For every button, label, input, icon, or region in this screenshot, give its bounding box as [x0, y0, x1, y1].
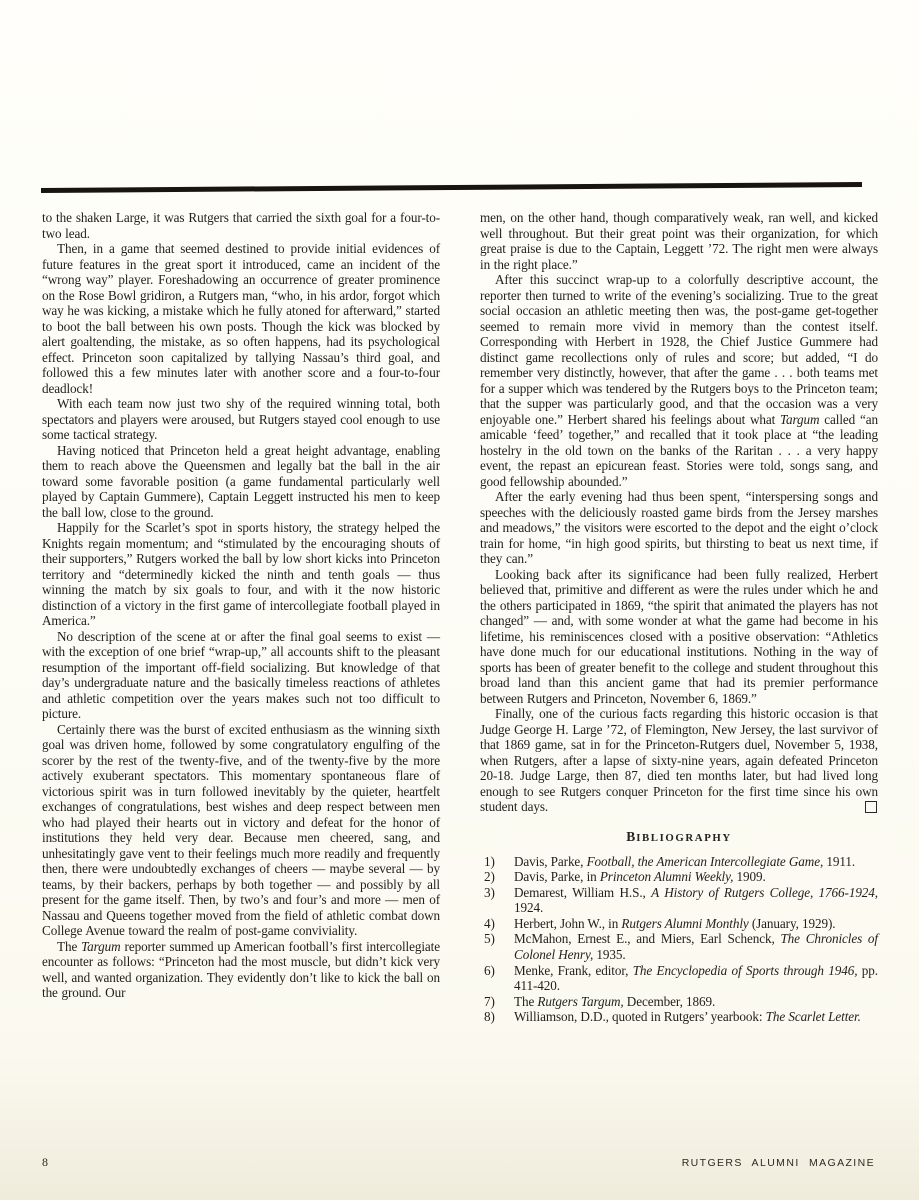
- article-paragraph: With each team now just two shy of the r…: [42, 396, 440, 443]
- bibliography-item-number: 4): [484, 916, 514, 932]
- bibliography-item: 4)Herbert, John W., in Rutgers Alumni Mo…: [484, 916, 878, 932]
- page-footer: 8 RUTGERS ALUMNI MAGAZINE: [42, 1155, 875, 1170]
- bibliography-heading-rest: IBLIOGRAPHY: [636, 832, 732, 844]
- article-paragraph: Certainly there was the burst of excited…: [42, 722, 440, 939]
- article-paragraph: Having noticed that Princeton held a gre…: [42, 443, 440, 521]
- bibliography-item-number: 1): [484, 854, 514, 870]
- bibliography-item: 1)Davis, Parke, Football, the American I…: [484, 854, 878, 870]
- bibliography-heading-initial: B: [626, 829, 636, 844]
- end-of-article-icon: [865, 801, 877, 813]
- bibliography-item: 3)Demarest, William H.S., A History of R…: [484, 885, 878, 916]
- bibliography-heading: BIBLIOGRAPHY: [480, 828, 878, 846]
- top-divider-rule: [41, 182, 862, 193]
- article-paragraph: men, on the other hand, though comparati…: [480, 210, 878, 272]
- bibliography-item-number: 8): [484, 1009, 514, 1025]
- bibliography-item: 7)The Rutgers Targum, December, 1869.: [484, 994, 878, 1010]
- bibliography-item-number: 7): [484, 994, 514, 1010]
- page-number: 8: [42, 1155, 48, 1170]
- magazine-page: to the shaken Large, it was Rutgers that…: [0, 0, 919, 1200]
- article-paragraph: The Targum reporter summed up American f…: [42, 939, 440, 1001]
- bibliography-item: 2)Davis, Parke, in Princeton Alumni Week…: [484, 869, 878, 885]
- bibliography-item-number: 3): [484, 885, 514, 901]
- article-paragraph: Finally, one of the curious facts regard…: [480, 706, 878, 815]
- article-body: to the shaken Large, it was Rutgers that…: [42, 210, 878, 1025]
- article-paragraph: No description of the scene at or after …: [42, 629, 440, 722]
- article-paragraph: to the shaken Large, it was Rutgers that…: [42, 210, 440, 241]
- left-column: to the shaken Large, it was Rutgers that…: [42, 210, 440, 1025]
- bibliography-item: 6)Menke, Frank, editor, The Encyclopedia…: [484, 963, 878, 994]
- bibliography-section: BIBLIOGRAPHY1)Davis, Parke, Football, th…: [480, 828, 878, 1026]
- bibliography-item-number: 5): [484, 931, 514, 947]
- bibliography-item: 5)McMahon, Ernest E., and Miers, Earl Sc…: [484, 931, 878, 962]
- article-paragraph: Then, in a game that seemed destined to …: [42, 241, 440, 396]
- article-paragraph: After the early evening had thus been sp…: [480, 489, 878, 567]
- bibliography-item: 8)Williamson, D.D., quoted in Rutgers’ y…: [484, 1009, 878, 1025]
- right-column: men, on the other hand, though comparati…: [480, 210, 878, 1025]
- article-paragraph: Happily for the Scarlet’s spot in sports…: [42, 520, 440, 629]
- bibliography-item-number: 6): [484, 963, 514, 979]
- article-paragraph: Looking back after its significance had …: [480, 567, 878, 707]
- article-paragraph: After this succinct wrap-up to a colorfu…: [480, 272, 878, 489]
- bibliography-item-number: 2): [484, 869, 514, 885]
- magazine-title: RUTGERS ALUMNI MAGAZINE: [682, 1157, 875, 1169]
